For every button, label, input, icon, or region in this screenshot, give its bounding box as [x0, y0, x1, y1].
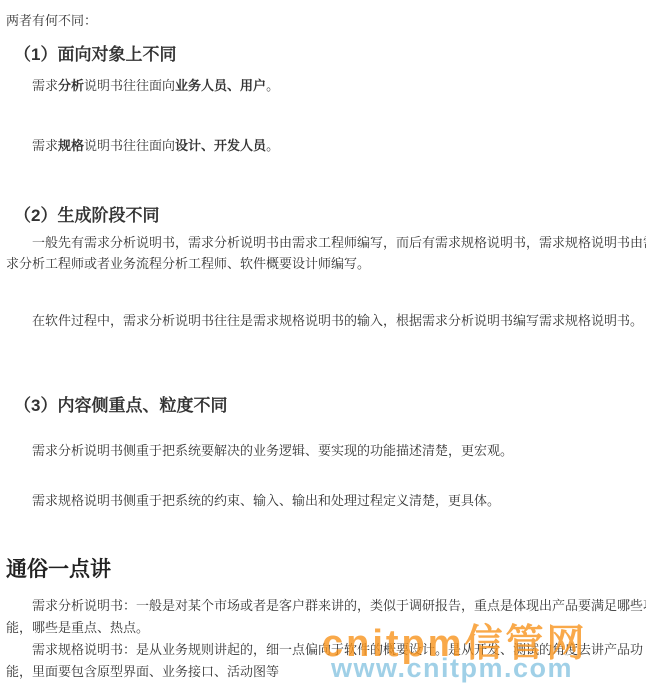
section-3-heading: （3）内容侧重点、粒度不同	[6, 395, 646, 417]
bold-term: 规格	[58, 138, 84, 153]
text-line: 需求规格说明书：是从业务规则讲起的，细一点偏向于软件的概要设计。是从开发、测试的…	[6, 639, 646, 661]
section-1-heading: （1）面向对象上不同	[6, 44, 646, 66]
bold-term: 分析	[58, 78, 84, 93]
paragraph-generation-order: 一般先有需求分析说明书，需求分析说明书由需求工程师编写，而后有需求规格说明书，需…	[6, 232, 646, 274]
summary-heading: 通俗一点讲	[6, 556, 646, 582]
paragraph-software-process: 在软件过程中，需求分析说明书往往是需求规格说明书的输入，根据需求分析说明书编写需…	[6, 310, 646, 331]
paragraph-analysis-focus: 需求分析说明书侧重于把系统要解决的业务逻辑、要实现的功能描述清楚，更宏观。	[6, 440, 646, 461]
bold-audience: 设计、开发人员	[175, 138, 266, 153]
text-line: 求分析工程师或者业务流程分析工程师、软件概要设计师编写。	[6, 253, 646, 274]
intro-text: 两者有何不同：	[6, 10, 646, 31]
paragraph-spec-audience: 需求规格说明书往往面向设计、开发人员。	[6, 135, 646, 156]
text-line: 能，哪些是重点、热点。	[6, 617, 646, 639]
text-line: 需求分析说明书：一般是对某个市场或者是客户群来讲的，类似于调研报告，重点是体现出…	[6, 595, 646, 617]
text-line: 一般先有需求分析说明书，需求分析说明书由需求工程师编写，而后有需求规格说明书，需…	[6, 232, 646, 253]
text-segment: 。	[266, 78, 279, 93]
paragraph-analysis-plain: 需求分析说明书：一般是对某个市场或者是客户群来讲的，类似于调研报告，重点是体现出…	[6, 595, 646, 639]
text-segment: 说明书往往面向	[84, 138, 175, 153]
paragraph-analysis-audience: 需求分析说明书往往面向业务人员、用户。	[6, 75, 646, 96]
bold-audience: 业务人员、用户	[175, 78, 266, 93]
section-2-heading: （2）生成阶段不同	[6, 205, 646, 227]
paragraph-spec-focus: 需求规格说明书侧重于把系统的约束、输入、输出和处理过程定义清楚，更具体。	[6, 490, 646, 511]
text-segment: 说明书往往面向	[84, 78, 175, 93]
text-segment: 需求	[32, 138, 58, 153]
text-line: 能，里面要包含原型界面、业务接口、活动图等	[6, 661, 646, 683]
text-segment: 需求	[32, 78, 58, 93]
document-page: 两者有何不同： （1）面向对象上不同 需求分析说明书往往面向业务人员、用户。 需…	[0, 0, 646, 683]
paragraph-spec-plain: 需求规格说明书：是从业务规则讲起的，细一点偏向于软件的概要设计。是从开发、测试的…	[6, 639, 646, 683]
text-segment: 。	[266, 138, 279, 153]
